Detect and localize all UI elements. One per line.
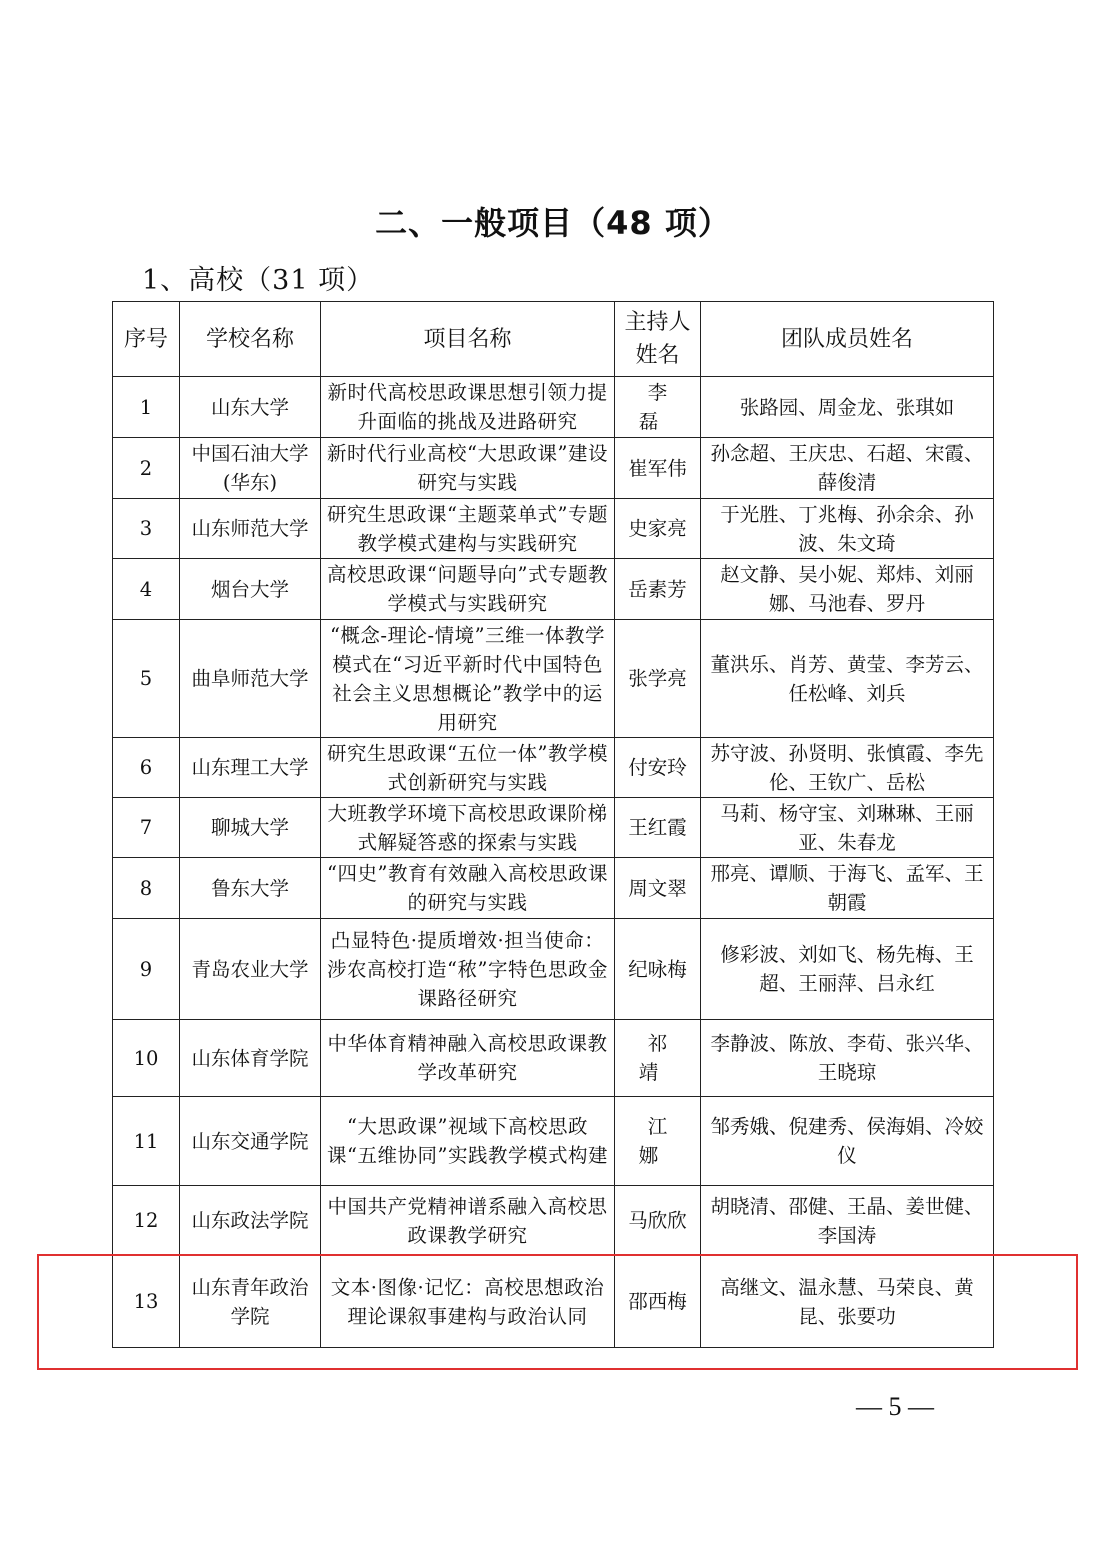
header-index: 序号	[113, 302, 180, 377]
table-row: 4 烟台大学 高校思政课“问题导向”式专题教学模式与实践研究 岳素芳 赵文静、吴…	[113, 559, 994, 620]
cell-host: 付安玲	[615, 738, 701, 798]
cell-host: 崔军伟	[615, 438, 701, 499]
cell-index: 4	[113, 559, 180, 620]
cell-project: 凸显特色·提质增效·担当使命：涉农高校打造“秾”字特色思政金课路径研究	[321, 919, 615, 1020]
cell-project: 研究生思政课“五位一体”教学模式创新研究与实践	[321, 738, 615, 798]
cell-school: 山东理工大学	[180, 738, 321, 798]
cell-index: 11	[113, 1097, 180, 1186]
cell-project: 中国共产党精神谱系融入高校思政课教学研究	[321, 1186, 615, 1256]
table-row: 1 山东大学 新时代高校思政课思想引领力提升面临的挑战及进路研究 李磊 张路园、…	[113, 377, 994, 438]
table-row: 8 鲁东大学 “四史”教育有效融入高校思政课的研究与实践 周文翠 邢亮、谭顺、于…	[113, 858, 994, 919]
cell-project: 研究生思政课“主题菜单式”专题教学模式建构与实践研究	[321, 499, 615, 559]
table-row: 11 山东交通学院 “大思政课”视域下高校思政课“五维协同”实践教学模式构建 江…	[113, 1097, 994, 1186]
cell-project: 高校思政课“问题导向”式专题教学模式与实践研究	[321, 559, 615, 620]
cell-members: 赵文静、吴小妮、郑炜、刘丽娜、马池春、罗丹	[701, 559, 994, 620]
cell-school: 山东青年政治学院	[180, 1256, 321, 1348]
header-host: 主持人 姓名	[615, 302, 701, 377]
cell-school: 山东政法学院	[180, 1186, 321, 1256]
cell-members: 李静波、陈放、李荀、张兴华、王晓琼	[701, 1020, 994, 1097]
cell-school: 曲阜师范大学	[180, 620, 321, 738]
cell-school: 鲁东大学	[180, 858, 321, 919]
cell-index: 13	[113, 1256, 180, 1348]
table-row: 2 中国石油大学(华东) 新时代行业高校“大思政课”建设研究与实践 崔军伟 孙念…	[113, 438, 994, 499]
cell-members: 胡晓清、邵健、王晶、姜世健、李国涛	[701, 1186, 994, 1256]
header-host-line2: 姓名	[617, 339, 698, 372]
cell-host: 周文翠	[615, 858, 701, 919]
header-host-line1: 主持人	[617, 306, 698, 339]
cell-host: 祁靖	[615, 1020, 701, 1097]
cell-index: 8	[113, 858, 180, 919]
cell-school: 山东师范大学	[180, 499, 321, 559]
cell-index: 3	[113, 499, 180, 559]
cell-members: 邹秀娥、倪建秀、侯海娟、冷姣仪	[701, 1097, 994, 1186]
cell-index: 7	[113, 798, 180, 858]
table-row: 6 山东理工大学 研究生思政课“五位一体”教学模式创新研究与实践 付安玲 苏守波…	[113, 738, 994, 798]
cell-index: 6	[113, 738, 180, 798]
table-row: 7 聊城大学 大班教学环境下高校思政课阶梯式解疑答惑的探索与实践 王红霞 马莉、…	[113, 798, 994, 858]
cell-members: 苏守波、孙贤明、张慎霞、李先伦、王钦广、岳松	[701, 738, 994, 798]
cell-school: 山东交通学院	[180, 1097, 321, 1186]
cell-members: 董洪乐、肖芳、黄莹、李芳云、任松峰、刘兵	[701, 620, 994, 738]
cell-project: “概念-理论-情境”三维一体教学模式在“习近平新时代中国特色社会主义思想概论”教…	[321, 620, 615, 738]
table-row: 3 山东师范大学 研究生思政课“主题菜单式”专题教学模式建构与实践研究 史家亮 …	[113, 499, 994, 559]
table-row: 5 曲阜师范大学 “概念-理论-情境”三维一体教学模式在“习近平新时代中国特色社…	[113, 620, 994, 738]
cell-index: 12	[113, 1186, 180, 1256]
cell-school: 中国石油大学(华东)	[180, 438, 321, 499]
cell-index: 1	[113, 377, 180, 438]
cell-members: 张路园、周金龙、张琪如	[701, 377, 994, 438]
cell-host-text: 祁靖	[630, 1032, 686, 1084]
table-row: 9 青岛农业大学 凸显特色·提质增效·担当使命：涉农高校打造“秾”字特色思政金课…	[113, 919, 994, 1020]
cell-project: 中华体育精神融入高校思政课教学改革研究	[321, 1020, 615, 1097]
cell-host-text: 李磊	[630, 381, 686, 433]
table-row: 12 山东政法学院 中国共产党精神谱系融入高校思政课教学研究 马欣欣 胡晓清、邵…	[113, 1186, 994, 1256]
cell-members: 孙念超、王庆忠、石超、宋霞、薛俊清	[701, 438, 994, 499]
cell-project: “四史”教育有效融入高校思政课的研究与实践	[321, 858, 615, 919]
page-number: — 5 —	[850, 1392, 940, 1422]
cell-host: 李磊	[615, 377, 701, 438]
cell-members: 马莉、杨守宝、刘琳琳、王丽亚、朱春龙	[701, 798, 994, 858]
cell-index: 10	[113, 1020, 180, 1097]
table-header-row: 序号 学校名称 项目名称 主持人 姓名 团队成员姓名	[113, 302, 994, 377]
projects-table: 序号 学校名称 项目名称 主持人 姓名 团队成员姓名 1 山东大学 新时代高校思…	[112, 301, 994, 1348]
cell-project: 新时代高校思政课思想引领力提升面临的挑战及进路研究	[321, 377, 615, 438]
cell-host: 江娜	[615, 1097, 701, 1186]
cell-members: 高继文、温永慧、马荣良、黄昆、张要功	[701, 1256, 994, 1348]
cell-host: 纪咏梅	[615, 919, 701, 1020]
header-school: 学校名称	[180, 302, 321, 377]
cell-school: 青岛农业大学	[180, 919, 321, 1020]
cell-project: 新时代行业高校“大思政课”建设研究与实践	[321, 438, 615, 499]
subsection-heading: 1、高校（31 项）	[142, 258, 374, 297]
cell-project: 文本·图像·记忆：高校思想政治理论课叙事建构与政治认同	[321, 1256, 615, 1348]
cell-index: 2	[113, 438, 180, 499]
cell-school: 烟台大学	[180, 559, 321, 620]
cell-host: 张学亮	[615, 620, 701, 738]
header-members: 团队成员姓名	[701, 302, 994, 377]
cell-members: 邢亮、谭顺、于海飞、孟军、王朝霞	[701, 858, 994, 919]
header-project: 项目名称	[321, 302, 615, 377]
cell-school: 聊城大学	[180, 798, 321, 858]
cell-members: 修彩波、刘如飞、杨先梅、王超、王丽萍、吕永红	[701, 919, 994, 1020]
cell-project: 大班教学环境下高校思政课阶梯式解疑答惑的探索与实践	[321, 798, 615, 858]
cell-host: 王红霞	[615, 798, 701, 858]
cell-index: 9	[113, 919, 180, 1020]
section-heading: 二、一般项目（48 项）	[0, 198, 1106, 244]
cell-project: “大思政课”视域下高校思政课“五维协同”实践教学模式构建	[321, 1097, 615, 1186]
cell-host: 马欣欣	[615, 1186, 701, 1256]
cell-school: 山东体育学院	[180, 1020, 321, 1097]
cell-host-text: 江娜	[630, 1115, 686, 1167]
cell-index: 5	[113, 620, 180, 738]
cell-school: 山东大学	[180, 377, 321, 438]
cell-host: 邵西梅	[615, 1256, 701, 1348]
cell-members: 于光胜、丁兆梅、孙余余、孙波、朱文琦	[701, 499, 994, 559]
table-row-highlighted: 13 山东青年政治学院 文本·图像·记忆：高校思想政治理论课叙事建构与政治认同 …	[113, 1256, 994, 1348]
cell-host: 岳素芳	[615, 559, 701, 620]
table-row: 10 山东体育学院 中华体育精神融入高校思政课教学改革研究 祁靖 李静波、陈放、…	[113, 1020, 994, 1097]
cell-host: 史家亮	[615, 499, 701, 559]
